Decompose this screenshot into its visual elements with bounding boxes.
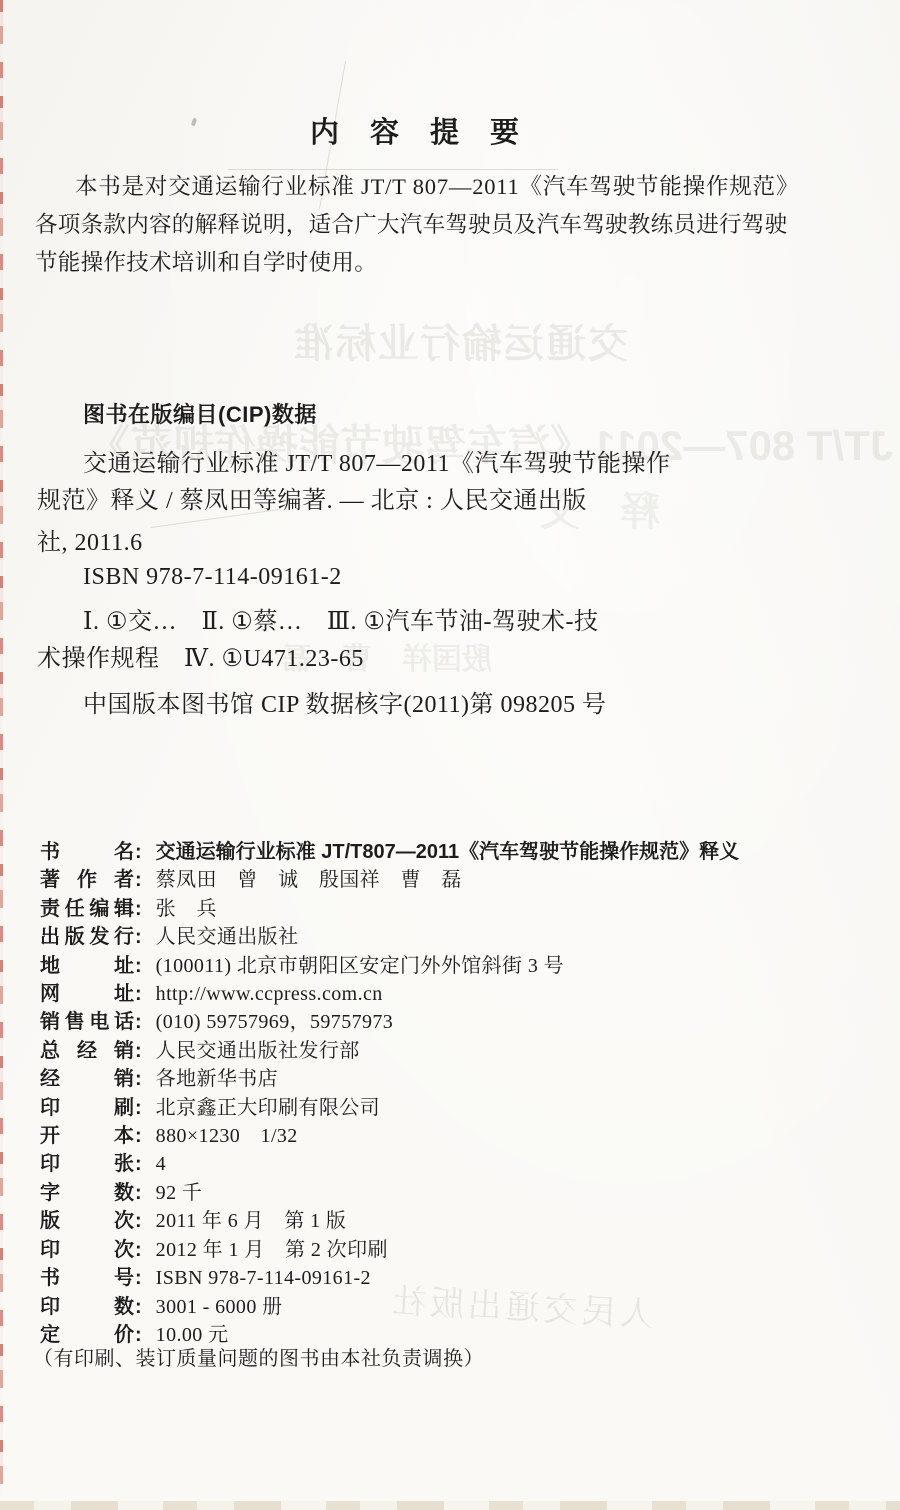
colophon-value: 各地新华书店: [156, 1068, 278, 1090]
cip-record-number: 中国版本图书馆 CIP 数据核字(2011)第 098205 号: [83, 691, 607, 720]
cip-header: 图书在版编目(CIP)数据: [83, 398, 317, 429]
colophon-label: 书号: [40, 1264, 134, 1292]
colophon-value: 张 兵: [156, 898, 217, 920]
colophon-colon: :: [135, 1264, 142, 1292]
colophon-colon: :: [135, 1293, 142, 1321]
colophon-row: 印刷:北京鑫正大印刷有限公司: [40, 1094, 870, 1122]
cip-classification-line: Ⅰ. ①交… Ⅱ. ①蔡… Ⅲ. ①汽车节油-驾驶术-技: [83, 608, 598, 637]
summary-paragraph: 本书是对交通运输行业标准 JT/T 807—2011《汽车驾驶节能操作规范》 各…: [35, 168, 863, 282]
colophon-row: 销售电话:(010) 59757969，59757973: [40, 1008, 870, 1036]
colophon-value: 3001 - 6000 册: [156, 1296, 283, 1318]
colophon-colon: :: [135, 980, 142, 1008]
colophon-colon: :: [135, 923, 142, 951]
colophon-colon: :: [135, 1008, 142, 1036]
summary-line: 节能操作技术培训和自学时使用。: [35, 244, 863, 282]
summary-line: 各项条款内容的解释说明，适合广大汽车驾驶员及汽车驾驶教练员进行驾驶: [35, 206, 863, 244]
colophon-label: 印数: [40, 1293, 134, 1321]
colophon-label: 开本: [40, 1122, 134, 1150]
page-title: 内 容 提 要: [0, 110, 830, 151]
colophon-colon: :: [135, 895, 142, 923]
colophon-value: 蔡凤田 曾 诚 殷国祥 曹 磊: [156, 869, 462, 891]
colophon-row: 印张:4: [40, 1150, 870, 1178]
colophon-colon: :: [135, 952, 142, 980]
colophon-label: 出版发行: [40, 923, 134, 951]
colophon-label: 印次: [40, 1236, 134, 1264]
colophon-value: (100011) 北京市朝阳区安定门外外馆斜街 3 号: [156, 955, 564, 977]
colophon-label: 网址: [40, 980, 134, 1008]
summary-line: 本书是对交通运输行业标准 JT/T 807—2011《汽车驾驶节能操作规范》: [35, 168, 863, 206]
colophon-label: 印刷: [40, 1094, 134, 1122]
colophon-value: ISBN 978-7-114-09161-2: [156, 1267, 371, 1289]
quality-exchange-note: （有印刷、装订质量问题的图书由本社负责调换）: [33, 1342, 484, 1371]
colophon-value: 北京鑫正大印刷有限公司: [156, 1097, 380, 1119]
colophon-value: 人民交通出版社: [156, 926, 299, 948]
colophon-colon: :: [135, 1065, 142, 1093]
colophon-colon: :: [135, 866, 142, 894]
colophon-row: 字数:92 千: [40, 1179, 870, 1207]
colophon-label: 总经销: [40, 1037, 134, 1065]
colophon-label: 经销: [40, 1065, 134, 1093]
cip-line: 社, 2011.6: [37, 529, 143, 558]
colophon-value: 交通运输行业标准 JT/T807—2011《汽车驾驶节能操作规范》释义: [156, 841, 739, 863]
cip-isbn: ISBN 978-7-114-09161-2: [83, 563, 342, 592]
colophon-row: 印次:2012 年 1 月 第 2 次印刷: [40, 1236, 870, 1264]
colophon-row: 印数:3001 - 6000 册: [40, 1293, 870, 1321]
colophon-row: 书名:交通运输行业标准 JT/T807—2011《汽车驾驶节能操作规范》释义: [40, 838, 870, 866]
colophon-colon: :: [135, 838, 142, 866]
colophon-row: 经销:各地新华书店: [40, 1065, 870, 1093]
colophon-colon: :: [135, 1207, 142, 1235]
colophon-label: 字数: [40, 1179, 134, 1207]
colophon-row: 责任编辑:张 兵: [40, 895, 870, 923]
cip-line: 规范》释义 / 蔡凤田等编著. — 北京 : 人民交通出版: [37, 487, 587, 516]
colophon-label: 印张: [40, 1150, 134, 1178]
colophon-row: 版次:2011 年 6 月 第 1 版: [40, 1207, 870, 1235]
colophon-row: 著作者:蔡凤田 曾 诚 殷国祥 曹 磊: [40, 866, 870, 894]
colophon-colon: :: [135, 1094, 142, 1122]
colophon-label: 版次: [40, 1207, 134, 1235]
scan-edge-bottom-mottle: [0, 1501, 900, 1510]
colophon-list: 书名:交通运输行业标准 JT/T807—2011《汽车驾驶节能操作规范》释义著作…: [40, 838, 870, 1349]
colophon-value: 92 千: [156, 1182, 203, 1204]
colophon-label: 责任编辑: [40, 895, 134, 923]
colophon-value: 人民交通出版社发行部: [156, 1040, 360, 1062]
scan-edge-red-strip: [0, 0, 3, 1496]
colophon-value: (010) 59757969，59757973: [156, 1011, 394, 1033]
colophon-label: 著作者: [40, 866, 134, 894]
colophon-row: 开本:880×1230 1/32: [40, 1122, 870, 1150]
colophon-row: 地址:(100011) 北京市朝阳区安定门外外馆斜街 3 号: [40, 952, 870, 980]
bleedthrough-text-standard: 交通运输行业标准: [292, 312, 628, 369]
colophon-value: 2011 年 6 月 第 1 版: [156, 1210, 347, 1232]
colophon-label: 销售电话: [40, 1008, 134, 1036]
colophon-value: http://www.ccpress.com.cn: [156, 983, 383, 1005]
colophon-row: 总经销:人民交通出版社发行部: [40, 1037, 870, 1065]
cip-line: 交通运输行业标准 JT/T 807—2011《汽车驾驶节能操作: [83, 450, 671, 479]
colophon-value: 4: [156, 1153, 166, 1175]
book-copyright-page: 交通运输行业标准 JT/T 807—2011《汽车驾驶节能操作规范》 释 义 殷…: [0, 0, 900, 1510]
cip-classification-line: 术操作规程 Ⅳ. ①U471.23-65: [37, 645, 364, 674]
colophon-colon: :: [135, 1150, 142, 1178]
colophon-colon: :: [135, 1037, 142, 1065]
colophon-colon: :: [135, 1236, 142, 1264]
colophon-value: 880×1230 1/32: [156, 1125, 298, 1147]
colophon-row: 网址:http://www.ccpress.com.cn: [40, 980, 870, 1008]
colophon-colon: :: [135, 1122, 142, 1150]
colophon-label: 地址: [40, 952, 134, 980]
colophon-colon: :: [135, 1179, 142, 1207]
colophon-label: 书名: [40, 838, 134, 866]
colophon-row: 出版发行:人民交通出版社: [40, 923, 870, 951]
colophon-row: 书号:ISBN 978-7-114-09161-2: [40, 1264, 870, 1292]
colophon-value: 2012 年 1 月 第 2 次印刷: [156, 1239, 388, 1261]
